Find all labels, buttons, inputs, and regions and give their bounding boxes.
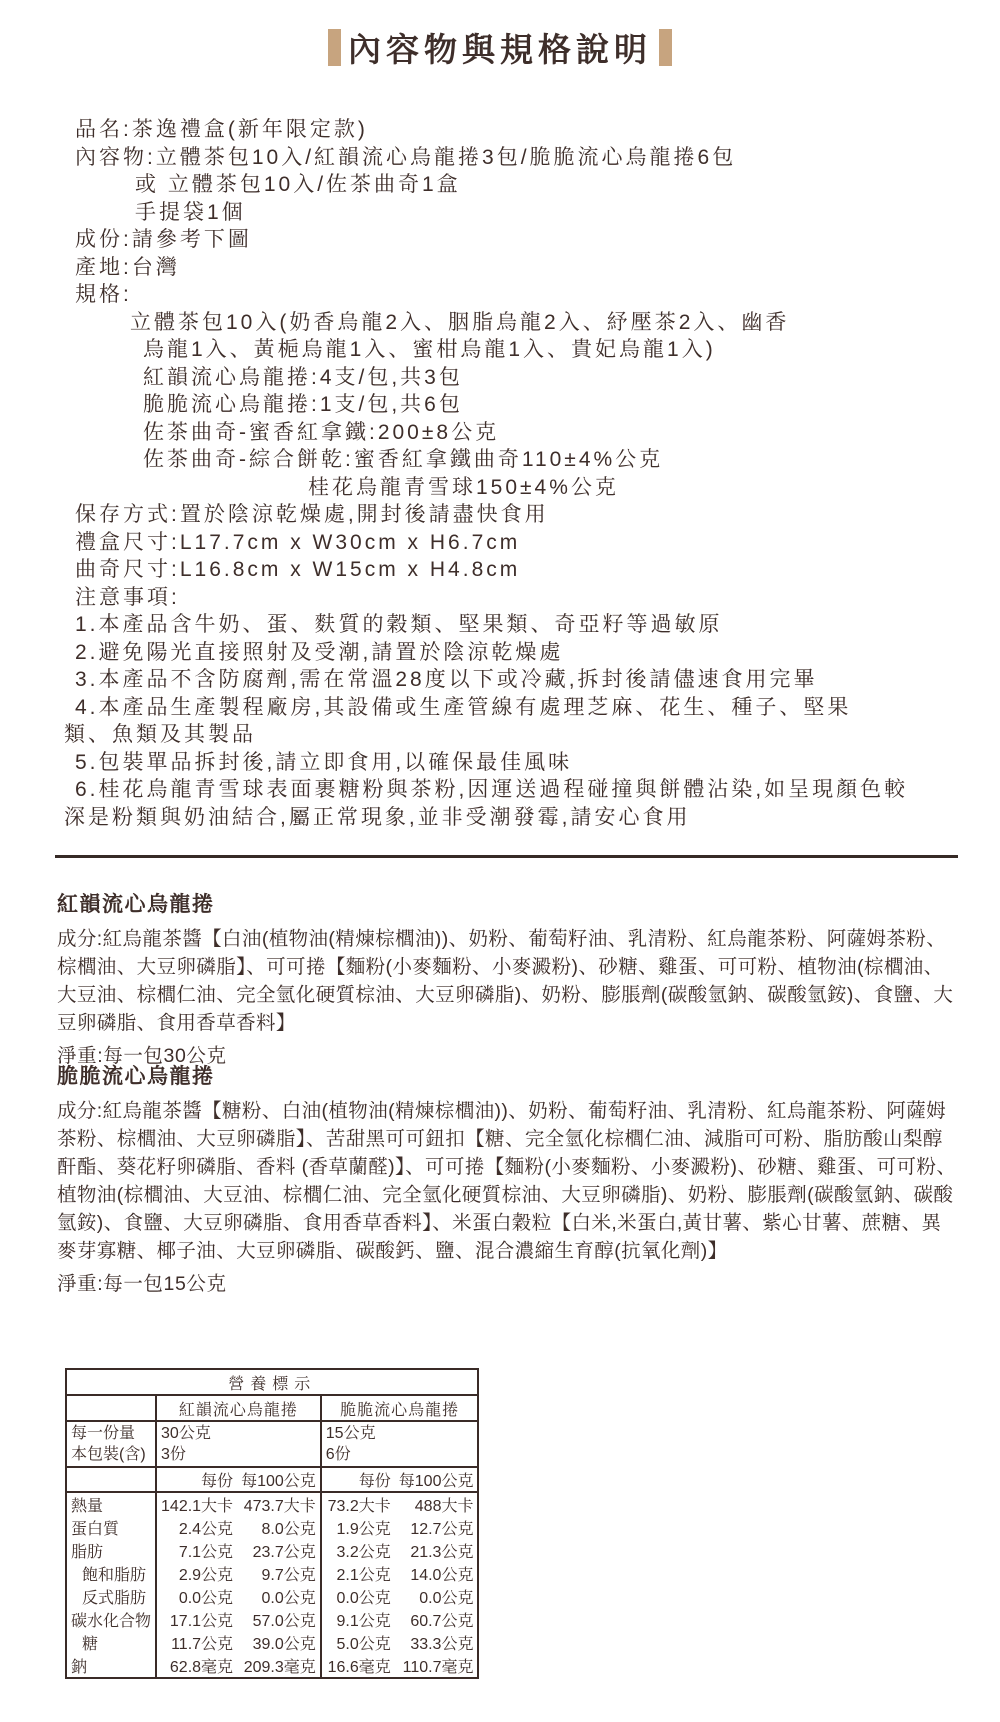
nutrient-value: 473.7大卡 bbox=[237, 1492, 321, 1516]
nutrition-corner-cell bbox=[66, 1395, 156, 1421]
serving-size-label: 每一份量 bbox=[71, 1423, 151, 1444]
spec-line: 或 立體茶包10入/佐茶曲奇1盒 bbox=[135, 171, 975, 199]
product-column-header: 紅韻流心烏龍捲 bbox=[156, 1395, 321, 1421]
spec-note: 3.本產品不含防腐劑,需在常溫28度以下或冷藏,拆封後請儘速食用完畢 bbox=[75, 666, 975, 694]
nutrient-label: 鈉 bbox=[66, 1654, 156, 1678]
nutrient-value: 3.2公克 bbox=[321, 1539, 395, 1562]
nutrient-value: 39.0公克 bbox=[237, 1631, 321, 1654]
section-divider bbox=[55, 855, 958, 858]
spec-note: 5.包裝單品拆封後,請立即食用,以確保最佳風味 bbox=[75, 749, 975, 777]
spec-line-product-name: 品名:茶逸禮盒(新年限定款) bbox=[75, 116, 975, 144]
page: 內容物與規格說明 品名:茶逸禮盒(新年限定款) 內容物:立體茶包10入/紅韻流心… bbox=[0, 0, 1000, 1722]
nutrient-value: 17.1公克 bbox=[156, 1608, 237, 1631]
nutrient-value: 14.0公克 bbox=[395, 1562, 479, 1585]
title-accent-bar-right bbox=[659, 29, 672, 66]
nutrient-value: 16.6毫克 bbox=[321, 1654, 395, 1678]
nutrient-value: 33.3公克 bbox=[395, 1631, 479, 1654]
nutrient-label: 碳水化合物 bbox=[66, 1608, 156, 1631]
nutrient-row: 鈉 62.8毫克 209.3毫克 16.6毫克 110.7毫克 bbox=[66, 1654, 478, 1678]
nutrient-value: 0.0公克 bbox=[395, 1585, 479, 1608]
per-100g-header: 每100公克 bbox=[237, 1467, 321, 1492]
nutrient-value: 9.7公克 bbox=[237, 1562, 321, 1585]
nutrient-row: 飽和脂肪 2.9公克 9.7公克 2.1公克 14.0公克 bbox=[66, 1562, 478, 1585]
product-heading: 紅韻流心烏龍捲 bbox=[57, 888, 957, 918]
nutrient-value: 110.7毫克 bbox=[395, 1654, 479, 1678]
spec-line: 烏龍1入、黃梔烏龍1入、蜜柑烏龍1入、貴妃烏龍1入) bbox=[143, 336, 975, 364]
spec-line-storage: 保存方式:置於陰涼乾燥處,開封後請盡快食用 bbox=[75, 501, 975, 529]
spec-line-cookie-size: 曲奇尺寸:L16.8cm x W15cm x H4.8cm bbox=[75, 556, 975, 584]
spec-line-origin: 產地:台灣 bbox=[75, 254, 975, 282]
spec-line-ingredients: 成份:請參考下圖 bbox=[75, 226, 975, 254]
nutrient-value: 0.0公克 bbox=[156, 1585, 237, 1608]
page-title: 內容物與規格說明 bbox=[348, 24, 652, 71]
ingredients-text: 成分:紅烏龍茶醬【白油(植物油(精煉棕櫚油))、奶粉、葡萄籽油、乳清粉、紅烏龍茶… bbox=[57, 925, 957, 1037]
spec-note: 深是粉類與奶油結合,屬正常現象,並非受潮發霉,請安心食用 bbox=[64, 804, 975, 832]
nutrient-value: 60.7公克 bbox=[395, 1608, 479, 1631]
nutrient-label: 反式脂肪 bbox=[66, 1585, 156, 1608]
nutrient-row: 脂肪 7.1公克 23.7公克 3.2公克 21.3公克 bbox=[66, 1539, 478, 1562]
spec-note: 4.本產品生產製程廠房,其設備或生產管線有處理芝麻、花生、種子、堅果 bbox=[75, 694, 975, 722]
nutrient-row: 反式脂肪 0.0公克 0.0公克 0.0公克 0.0公克 bbox=[66, 1585, 478, 1608]
nutrient-value: 21.3公克 bbox=[395, 1539, 479, 1562]
product-heading: 脆脆流心烏龍捲 bbox=[57, 1060, 957, 1090]
spec-note: 1.本產品含牛奶、蛋、麩質的穀類、堅果類、奇亞籽等過敏原 bbox=[75, 611, 975, 639]
nutrient-value: 5.0公克 bbox=[321, 1631, 395, 1654]
spec-line: 佐茶曲奇-綜合餅乾:蜜香紅拿鐵曲奇110±4%公克 bbox=[143, 446, 975, 474]
nutrient-label: 飽和脂肪 bbox=[66, 1562, 156, 1585]
spec-line: 手提袋1個 bbox=[135, 199, 975, 227]
nutrient-value: 62.8毫克 bbox=[156, 1654, 237, 1678]
spec-line: 立體茶包10入(奶香烏龍2入、胭脂烏龍2入、紓壓茶2入、幽香 bbox=[130, 309, 975, 337]
spec-line-notes-title: 注意事項: bbox=[75, 584, 975, 612]
nutrient-row: 熱量 142.1大卡 473.7大卡 73.2大卡 488大卡 bbox=[66, 1492, 478, 1516]
spec-line-format: 規格: bbox=[75, 281, 975, 309]
page-header: 內容物與規格說明 bbox=[0, 24, 1000, 71]
nutrient-value: 2.9公克 bbox=[156, 1562, 237, 1585]
spec-note: 類、魚類及其製品 bbox=[64, 721, 975, 749]
nutrient-row: 蛋白質 2.4公克 8.0公克 1.9公克 12.7公克 bbox=[66, 1516, 478, 1539]
nutrient-value: 11.7公克 bbox=[156, 1631, 237, 1654]
nutrient-label: 脂肪 bbox=[66, 1539, 156, 1562]
nutrient-value: 23.7公克 bbox=[237, 1539, 321, 1562]
package-count-label: 本包裝(含) bbox=[71, 1444, 151, 1465]
nutrient-value: 73.2大卡 bbox=[321, 1492, 395, 1516]
nutrient-row: 糖 11.7公克 39.0公克 5.0公克 33.3公克 bbox=[66, 1631, 478, 1654]
serving-size-value: 15公克 bbox=[326, 1423, 474, 1444]
nutrient-value: 8.0公克 bbox=[237, 1516, 321, 1539]
spec-line: 脆脆流心烏龍捲:1支/包,共6包 bbox=[143, 391, 975, 419]
serving-values-cell: 15公克 6份 bbox=[321, 1421, 479, 1467]
serving-values-cell: 30公克 3份 bbox=[156, 1421, 321, 1467]
nutrient-value: 12.7公克 bbox=[395, 1516, 479, 1539]
serving-size-value: 30公克 bbox=[161, 1423, 316, 1444]
spec-note: 6.桂花烏龍青雪球表面裹糖粉與茶粉,因運送過程碰撞與餅體沾染,如呈現顏色較 bbox=[75, 776, 975, 804]
nutrient-value: 488大卡 bbox=[395, 1492, 479, 1516]
nutrient-value: 0.0公克 bbox=[237, 1585, 321, 1608]
nutrient-value: 1.9公克 bbox=[321, 1516, 395, 1539]
nutrient-row: 碳水化合物 17.1公克 57.0公克 9.1公克 60.7公克 bbox=[66, 1608, 478, 1631]
nutrient-label: 糖 bbox=[66, 1631, 156, 1654]
nutrient-value: 2.1公克 bbox=[321, 1562, 395, 1585]
nutrient-value: 9.1公克 bbox=[321, 1608, 395, 1631]
per-serving-header: 每份 bbox=[156, 1467, 237, 1492]
spec-block: 品名:茶逸禮盒(新年限定款) 內容物:立體茶包10入/紅韻流心烏龍捲3包/脆脆流… bbox=[75, 116, 975, 831]
package-count-value: 3份 bbox=[161, 1444, 316, 1465]
spec-line: 紅韻流心烏龍捲:4支/包,共3包 bbox=[143, 364, 975, 392]
ingredients-text: 成分:紅烏龍茶醬【糖粉、白油(植物油(精煉棕櫚油))、奶粉、葡萄籽油、乳清粉、紅… bbox=[57, 1097, 957, 1265]
spec-note: 2.避免陽光直接照射及受潮,請置於陰涼乾燥處 bbox=[75, 639, 975, 667]
product-column-header: 脆脆流心烏龍捲 bbox=[321, 1395, 479, 1421]
spec-line-contents: 內容物:立體茶包10入/紅韻流心烏龍捲3包/脆脆流心烏龍捲6包 bbox=[75, 144, 975, 172]
nutrition-title: 營養標示 bbox=[66, 1369, 478, 1395]
package-count-value: 6份 bbox=[326, 1444, 474, 1465]
nutrient-value: 7.1公克 bbox=[156, 1539, 237, 1562]
nutrition-empty-cell bbox=[66, 1467, 156, 1492]
product-section-crispy-oolong-roll: 脆脆流心烏龍捲 成分:紅烏龍茶醬【糖粉、白油(植物油(精煉棕櫚油))、奶粉、葡萄… bbox=[57, 1060, 957, 1296]
spec-line: 桂花烏龍青雪球150±4%公克 bbox=[308, 474, 975, 502]
per-serving-header: 每份 bbox=[321, 1467, 395, 1492]
nutrient-label: 蛋白質 bbox=[66, 1516, 156, 1539]
nutrient-value: 57.0公克 bbox=[237, 1608, 321, 1631]
nutrient-label: 熱量 bbox=[66, 1492, 156, 1516]
nutrient-value: 209.3毫克 bbox=[237, 1654, 321, 1678]
nutrient-value: 2.4公克 bbox=[156, 1516, 237, 1539]
title-accent-bar-left bbox=[328, 29, 341, 66]
nutrition-table: 營養標示 紅韻流心烏龍捲 脆脆流心烏龍捲 每一份量 本包裝(含) 30公克 3份… bbox=[65, 1368, 479, 1679]
nutrient-value: 0.0公克 bbox=[321, 1585, 395, 1608]
spec-line: 佐茶曲奇-蜜香紅拿鐵:200±8公克 bbox=[143, 419, 975, 447]
serving-labels-cell: 每一份量 本包裝(含) bbox=[66, 1421, 156, 1467]
spec-line-box-size: 禮盒尺寸:L17.7cm x W30cm x H6.7cm bbox=[75, 529, 975, 557]
product-section-red-oolong-roll: 紅韻流心烏龍捲 成分:紅烏龍茶醬【白油(植物油(精煉棕櫚油))、奶粉、葡萄籽油、… bbox=[57, 888, 957, 1068]
net-weight-text: 淨重:每一包15公克 bbox=[57, 1268, 957, 1296]
per-100g-header: 每100公克 bbox=[395, 1467, 479, 1492]
nutrient-value: 142.1大卡 bbox=[156, 1492, 237, 1516]
